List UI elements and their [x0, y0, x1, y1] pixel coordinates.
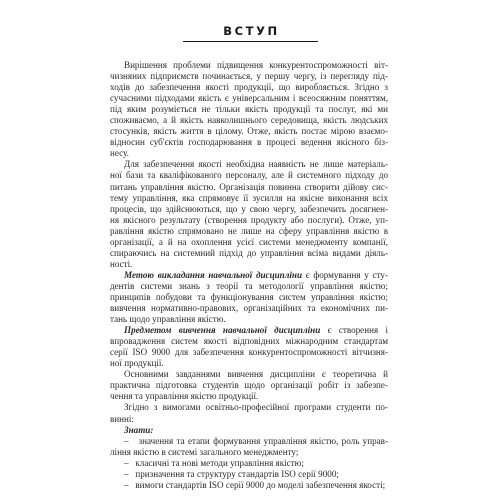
text-line: вивчення нормативно-правових, організаці… — [110, 303, 388, 314]
paragraph-intro: Вирішення проблеми підвищення конкуренто… — [110, 60, 388, 159]
text-line: винні: — [110, 414, 388, 425]
text-line: спираючись на системний підхід до управл… — [110, 248, 388, 259]
text-line: Згідно з вимогами освітньо-професійної п… — [110, 402, 388, 413]
text-line: несу. — [110, 148, 388, 159]
paragraph-course-goal: Метою викладання навчальної дисципліни є… — [110, 270, 388, 325]
paragraph-quality-system: Для забезпечення якості необхідна наявні… — [110, 159, 388, 269]
text-line: – призначення та структуру стандартів IS… — [110, 469, 388, 480]
text-line: Метою викладання навчальної дисципліни є… — [110, 270, 388, 281]
text-line: Вирішення проблеми підвищення конкуренто… — [110, 60, 388, 71]
chapter-heading: ВСТУП — [183, 24, 318, 42]
paragraph-course-tasks: Основними завданнями вивчення дисципліни… — [110, 369, 388, 402]
title-underline — [183, 41, 318, 42]
list-dash-icon: – — [124, 469, 129, 479]
text-line: принципів побудови та функціонування сис… — [110, 292, 388, 303]
text-line: ної бази та кваліфікованого персоналу, а… — [110, 170, 388, 181]
emphasis-course-goal: Метою викладання навчальної дисципліни — [124, 270, 302, 280]
paragraph-course-subject: Предметом вивчення навчальної дисципліни… — [110, 325, 388, 369]
text-line: Основними завданнями вивчення дисципліни… — [110, 369, 388, 380]
text-line: впровадження систем якості відповідних м… — [110, 336, 388, 347]
text-line: ходів до забезпечення якості продукції, … — [110, 82, 388, 93]
text-line: споживаємо, а й якість навколишнього сер… — [110, 115, 388, 126]
list-item: – призначення та структуру стандартів IS… — [110, 469, 388, 480]
text-line: – класичні та нові методи управління які… — [110, 458, 388, 469]
text-line: тему управління, яка спрямовує її зусилл… — [110, 193, 388, 204]
know-list: – значення та етапи формування управлінн… — [110, 436, 388, 491]
text-line: ності. — [110, 259, 388, 270]
text-line: стосунків, якість життя в цілому. Отже, … — [110, 126, 388, 137]
text-line: чизняних підприємств починається, у перш… — [110, 71, 388, 82]
text-line: ня якісного результату (створення продук… — [110, 215, 388, 226]
text-line: дентів системи знань з теорії та методол… — [110, 281, 388, 292]
text-line: практична підготовка студентів щодо орга… — [110, 380, 388, 391]
text-fragment: є створення і — [320, 325, 388, 335]
list-item: – вимоги стандартів ISO серії 9000 до мо… — [110, 480, 388, 491]
text-line: Предметом вивчення навчальної дисципліни… — [110, 325, 388, 336]
text-line: сучасними підходами якість є універсальн… — [110, 93, 388, 104]
text-line: тань щодо управління якістю. — [110, 314, 388, 325]
list-item: – значення та етапи формування управлінн… — [110, 436, 388, 458]
know-heading: Знати: — [110, 425, 388, 436]
list-item: – класичні та нові методи управління які… — [110, 458, 388, 469]
text-line: – вимоги стандартів ISO серії 9000 до мо… — [110, 480, 388, 491]
text-line: ної продукції. — [110, 358, 388, 369]
text-line: відносин суб'єктів господарювання в проц… — [110, 137, 388, 148]
text-line: ління якістю в системі загального менедж… — [110, 447, 388, 458]
text-line: процесів, що здійснюються, що у свою чер… — [110, 204, 388, 215]
list-dash-icon: – — [124, 458, 129, 468]
chapter-title: ВСТУП — [183, 24, 318, 38]
paragraph-requirements: Згідно з вимогами освітньо-професійної п… — [110, 402, 388, 424]
text-line: організації, а й на охоплення усієї сист… — [110, 237, 388, 248]
text-line: серії ISO 9000 для забезпечення конкурен… — [110, 347, 388, 358]
text-line: під яким розуміється не тільки якість пр… — [110, 104, 388, 115]
text-line: питань управління якістю. Організація по… — [110, 182, 388, 193]
list-dash-icon: – — [124, 436, 129, 446]
text-line: – значення та етапи формування управлінн… — [110, 436, 388, 447]
text-line: равління якістю спрямовано не лише на сф… — [110, 226, 388, 237]
text-fragment: є формування у сту- — [302, 270, 388, 280]
text-line: Для забезпечення якості необхідна наявні… — [110, 159, 388, 170]
document-body: Вирішення проблеми підвищення конкуренто… — [110, 60, 388, 491]
list-dash-icon: – — [124, 480, 129, 490]
emphasis-course-subject: Предметом вивчення навчальної дисципліни — [124, 325, 320, 335]
text-line: чення та управління якістю продукції. — [110, 391, 388, 402]
